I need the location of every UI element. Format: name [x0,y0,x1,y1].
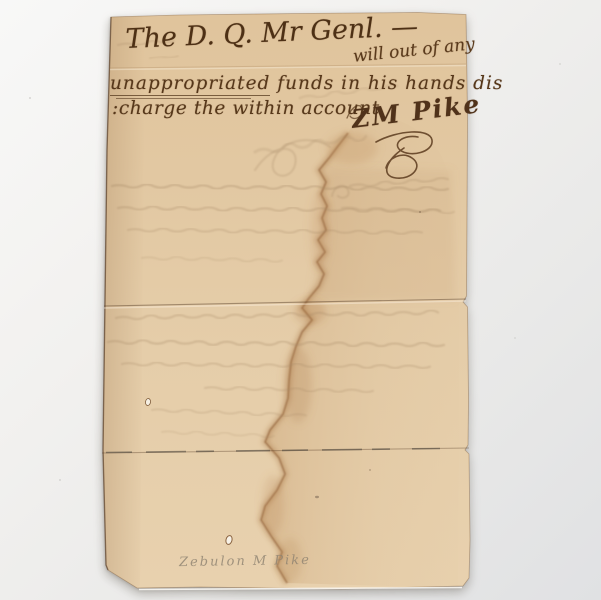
paper-bottom-edge-highlight [139,588,462,590]
photo-scene: The D. Q. Mr Genl. — will out of any una… [0,0,601,600]
pencil-inscription: Zebulon M Pike [179,553,311,570]
underlined-word: unappropriated [110,73,270,96]
endorsement-line-4: :charge the within account [112,98,380,119]
